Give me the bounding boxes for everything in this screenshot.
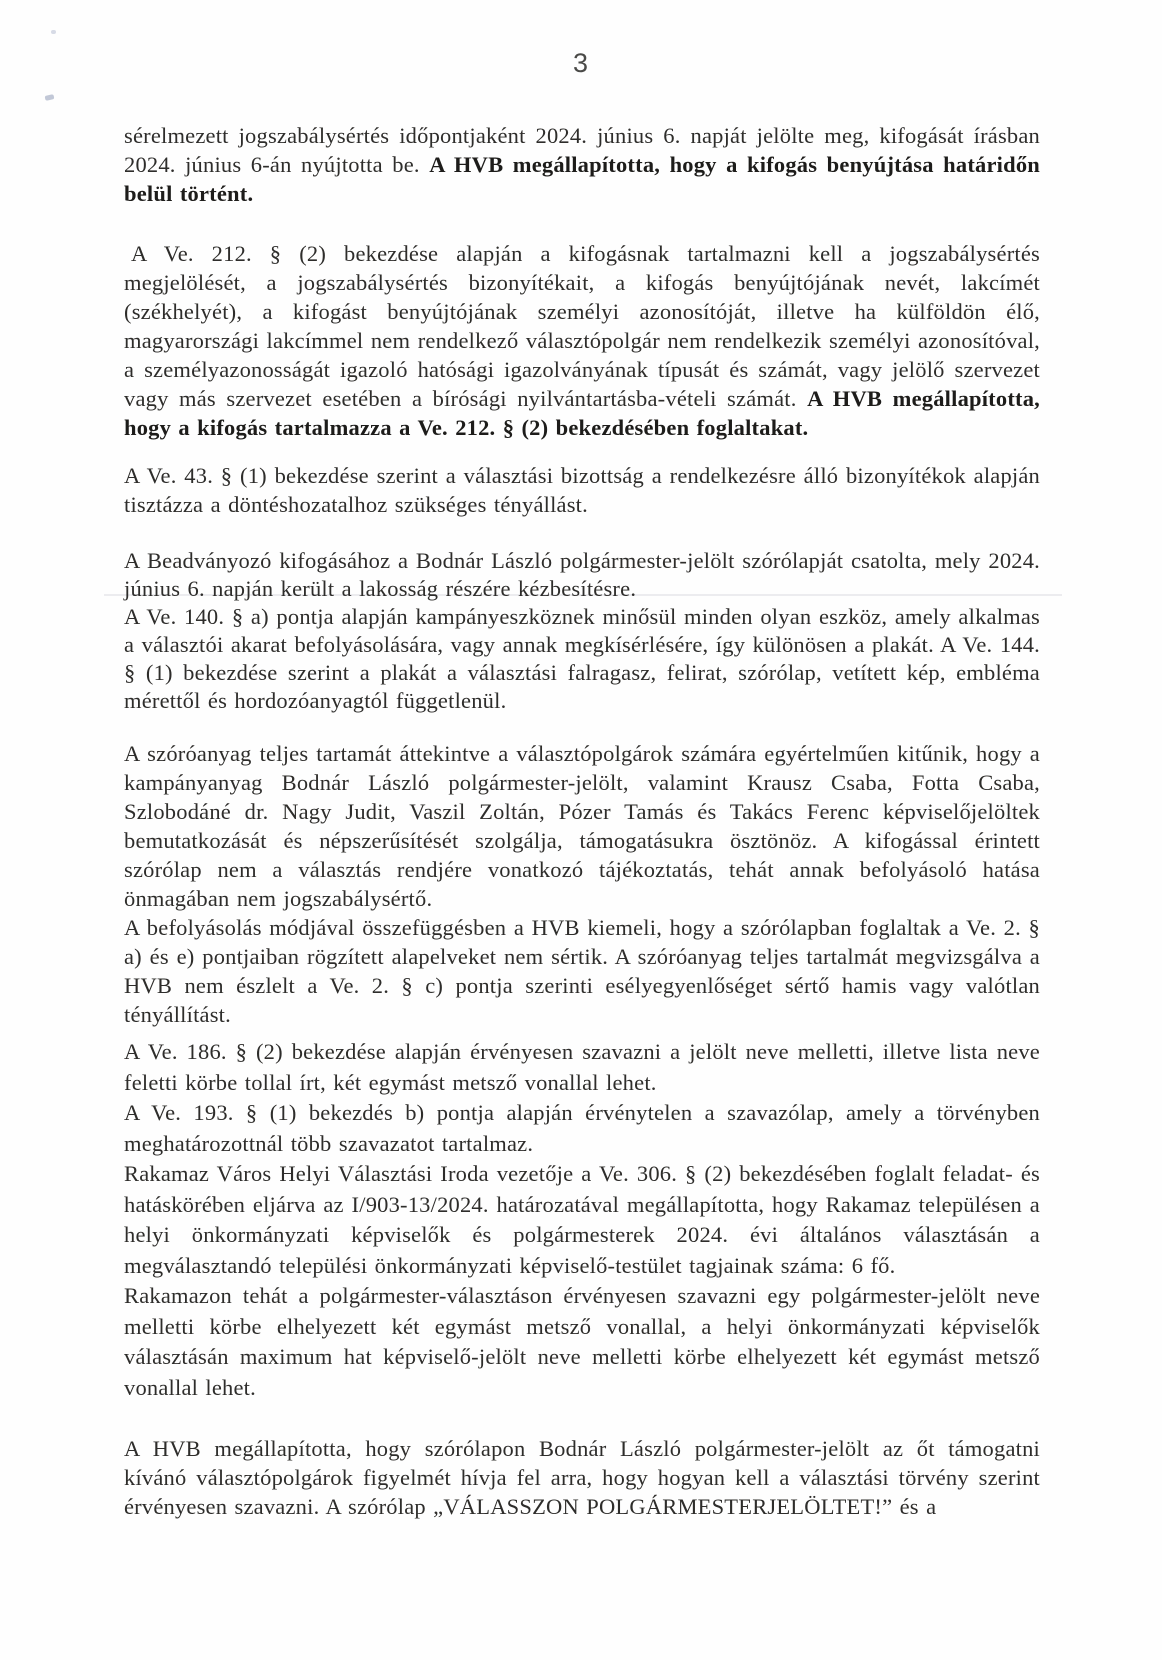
paragraph-group-voting-rules: A Ve. 186. § (2) bekezdése alapján érvén… — [124, 1037, 1040, 1403]
page-number: 3 — [0, 48, 1162, 79]
paragraph-complaint-deadline: sérelmezett jogszabálysértés időpontjaké… — [124, 121, 1040, 208]
scan-speck-artifact — [51, 30, 56, 34]
paragraph-ve-2-principles: A befolyásolás módjával összefüggésben a… — [124, 913, 1040, 1029]
paragraph-group-assessment: A szóróanyag teljes tartamát áttekintve … — [124, 739, 1040, 1029]
paragraph-flyer-attached: A Beadványozó kifogásához a Bodnár Lászl… — [124, 547, 1040, 603]
document-page: 3 sérelmezett jogszabálysértés időpontja… — [0, 0, 1162, 1660]
paragraph-group-flyer: A Beadványozó kifogásához a Bodnár Lászl… — [124, 547, 1040, 715]
paragraph-valid-vote-rules-rakamaz: Rakamazon tehát a polgármester-választás… — [124, 1281, 1040, 1403]
paragraph-ve-212: A Ve. 212. § (2) bekezdése alapján a kif… — [124, 239, 1040, 442]
paragraph-ve-193: A Ve. 193. § (1) bekezdés b) pontja alap… — [124, 1098, 1040, 1159]
paragraph-flyer-content-assessment: A szóróanyag teljes tartamát áttekintve … — [124, 739, 1040, 913]
paragraph-hvi-decision: Rakamaz Város Helyi Választási Iroda vez… — [124, 1159, 1040, 1281]
paragraph-text: A Ve. 43. § (1) bekezdése szerint a vála… — [124, 461, 1040, 519]
paragraph-ve-43: A Ve. 43. § (1) bekezdése szerint a vála… — [124, 461, 1040, 519]
scan-speck-artifact — [45, 94, 55, 101]
paragraph-text: A HVB megállapította, hogy szórólapon Bo… — [124, 1434, 1040, 1521]
paragraph-hvb-conclusion: A HVB megállapította, hogy szórólapon Bo… — [124, 1434, 1040, 1521]
paragraph-ve-140-144: A Ve. 140. § a) pontja alapján kampányes… — [124, 603, 1040, 715]
paragraph-ve-186: A Ve. 186. § (2) bekezdése alapján érvén… — [124, 1037, 1040, 1098]
